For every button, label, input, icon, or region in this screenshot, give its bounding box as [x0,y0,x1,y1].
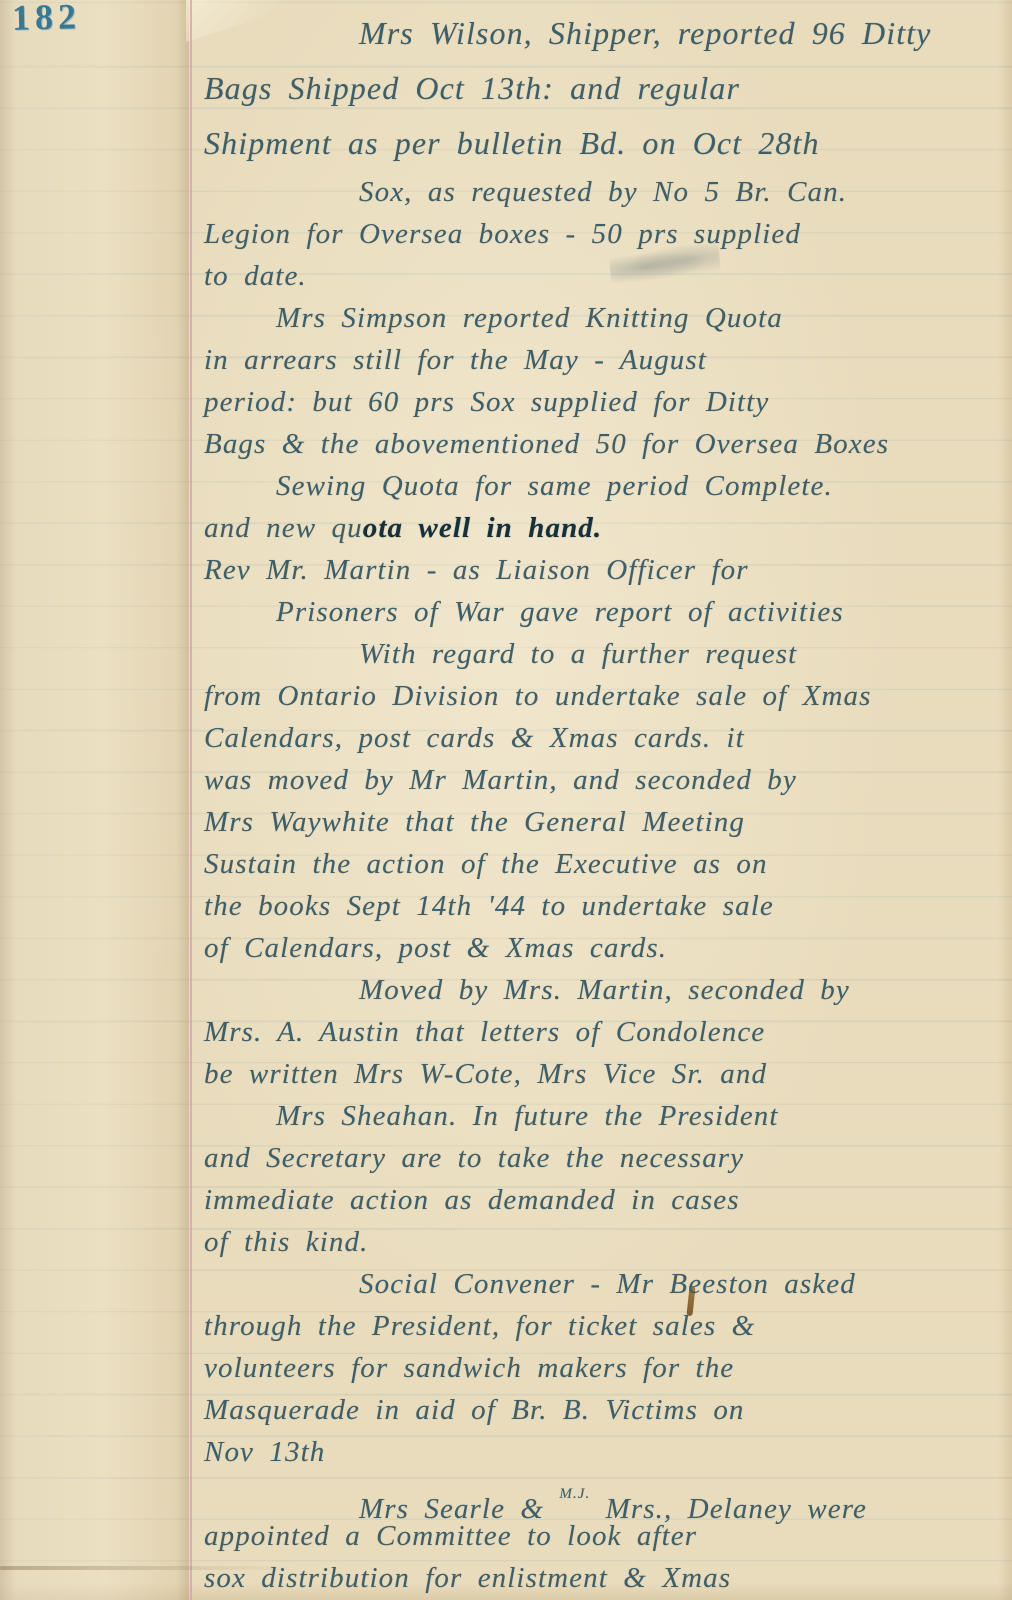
handwriting-segment: Mrs Sheahan. In future the President [276,1100,779,1132]
manuscript-line: from Ontario Division to undertake sale … [204,675,1008,717]
handwriting-segment: and new qu [204,512,363,544]
handwriting-segment: was moved by Mr Martin, and seconded by [204,764,797,796]
handwriting-segment: appointed a Committee to look after [204,1520,697,1552]
handwriting-segment: Calendars, post cards & Xmas cards. it [204,722,745,754]
handwriting-segment: Sustain the action of the Executive as o… [204,848,768,880]
handwriting-segment: Mrs Wilson, Shipper, reported 96 Ditty [359,15,932,51]
manuscript-line: of Calendars, post & Xmas cards. [204,927,1008,969]
manuscript-line: was moved by Mr Martin, and seconded by [204,759,1008,801]
handwriting-segment: Sox, as requested by No 5 Br. Can. [359,176,847,208]
handwriting-segment: Mrs Simpson reported Knitting Quota [276,302,783,334]
handwriting-segment: through the President, for ticket sales … [204,1310,755,1342]
binding-gutter [0,0,189,1600]
manuscript-line: volunteers for sandwich makers for the [204,1347,1008,1389]
handwriting-segment: Sewing Quota for same period Complete. [276,470,833,502]
manuscript-line: Mrs Sheahan. In future the President [204,1095,1008,1137]
handwriting-segment: of this kind. [204,1226,368,1258]
handwriting-segment: be written Mrs W-Cote, Mrs Vice Sr. and [204,1058,767,1090]
manuscript-line: Calendars, post cards & Xmas cards. it [204,717,1008,759]
manuscript-line: and Secretary are to take the necessary [204,1137,1008,1179]
manuscript-line: Mrs Wilson, Shipper, reported 96 Ditty [204,6,1008,61]
manuscript-line: Bags Shipped Oct 13th: and regular [204,61,1008,116]
manuscript-line: Nov 13th [204,1431,1008,1473]
manuscript-line: through the President, for ticket sales … [204,1305,1008,1347]
manuscript-line: Legion for Oversea boxes - 50 prs suppli… [204,213,1008,255]
handwriting-segment: Mrs. A. Austin that letters of Condolenc… [204,1016,765,1048]
manuscript-line: Mrs Searle & M.J. Mrs., Delaney were [204,1473,1008,1515]
handwriting-segment: Shipment as per bulletin Bd. on Oct 28th [204,125,820,161]
handwriting-segment: in arrears still for the May - August [204,344,707,376]
handwriting-segment: the books Sept 14th '44 to undertake sal… [204,890,774,922]
manuscript-line: Sewing Quota for same period Complete. [204,465,1008,507]
handwriting-segment: Nov 13th [204,1436,325,1468]
handwriting-segment: period: but 60 prs Sox supplied for Ditt… [204,386,769,418]
handwriting-segment: Mrs Waywhite that the General Meeting [204,806,745,838]
manuscript-line: of this kind. [204,1221,1008,1263]
manuscript-line: appointed a Committee to look after [204,1515,1008,1557]
handwriting-segment: Social Convener - Mr Beeston asked [359,1268,856,1300]
manuscript-line: Prisoners of War gave report of activiti… [204,591,1008,633]
handwriting-segment: Prisoners of War gave report of activiti… [276,596,844,628]
manuscript-line: the books Sept 14th '44 to undertake sal… [204,885,1008,927]
handwriting-segment: With regard to a further request [359,638,797,670]
manuscript-line: Sox, as requested by No 5 Br. Can. [204,171,1008,213]
manuscript-line: Sustain the action of the Executive as o… [204,843,1008,885]
superscript-insert: M.J. [559,1486,590,1502]
handwriting-segment: Bags & the abovementioned 50 for Oversea… [204,428,889,460]
manuscript-line: be written Mrs W-Cote, Mrs Vice Sr. and [204,1053,1008,1095]
handwriting-segment: sox distribution for enlistment & Xmas [204,1562,731,1594]
handwriting-segment: of Calendars, post & Xmas cards. [204,932,667,964]
handwriting-segment: and Secretary are to take the necessary [204,1142,744,1174]
manuscript-line: Social Convener - Mr Beeston asked [204,1263,1008,1305]
manuscript-line: Mrs. A. Austin that letters of Condolenc… [204,1011,1008,1053]
manuscript-line: With regard to a further request [204,633,1008,675]
handwriting-segment: to date. [204,260,307,292]
handwriting-segment: Bags Shipped Oct 13th: and regular [204,70,740,106]
manuscript-line: Moved by Mrs. Martin, seconded by [204,969,1008,1011]
manuscript-line: sox distribution for enlistment & Xmas [204,1557,1008,1599]
handwriting-segment: Moved by Mrs. Martin, seconded by [359,974,850,1006]
handwriting-segment: from Ontario Division to undertake sale … [204,680,872,712]
manuscript-line: to date. [204,255,1008,297]
handwritten-text: Mrs Wilson, Shipper, reported 96 DittyBa… [204,6,1008,1599]
manuscript-line: Rev Mr. Martin - as Liaison Officer for [204,549,1008,591]
margin-rule-line [190,0,192,1600]
manuscript-line: Mrs Waywhite that the General Meeting [204,801,1008,843]
handwriting-segment: Masquerade in aid of Br. B. Victims on [204,1394,745,1426]
handwriting-segment: Legion for Oversea boxes - 50 prs suppli… [204,218,801,250]
handwriting-segment: immediate action as demanded in cases [204,1184,740,1216]
manuscript-line: and new quota well in hand. [204,507,1008,549]
manuscript-line: in arrears still for the May - August [204,339,1008,381]
notebook-page: 182 Mrs Wilson, Shipper, reported 96 Dit… [0,0,1012,1600]
page-number-stamp: 182 [12,0,82,39]
manuscript-line: Mrs Simpson reported Knitting Quota [204,297,1008,339]
manuscript-line: period: but 60 prs Sox supplied for Ditt… [204,381,1008,423]
handwriting-segment: volunteers for sandwich makers for the [204,1352,734,1384]
manuscript-line: Bags & the abovementioned 50 for Oversea… [204,423,1008,465]
overwritten-text: ota well in hand. [363,512,603,544]
manuscript-line: Shipment as per bulletin Bd. on Oct 28th [204,116,1008,171]
handwriting-segment: Rev Mr. Martin - as Liaison Officer for [204,554,749,586]
manuscript-line: immediate action as demanded in cases [204,1179,1008,1221]
manuscript-line: Masquerade in aid of Br. B. Victims on [204,1389,1008,1431]
